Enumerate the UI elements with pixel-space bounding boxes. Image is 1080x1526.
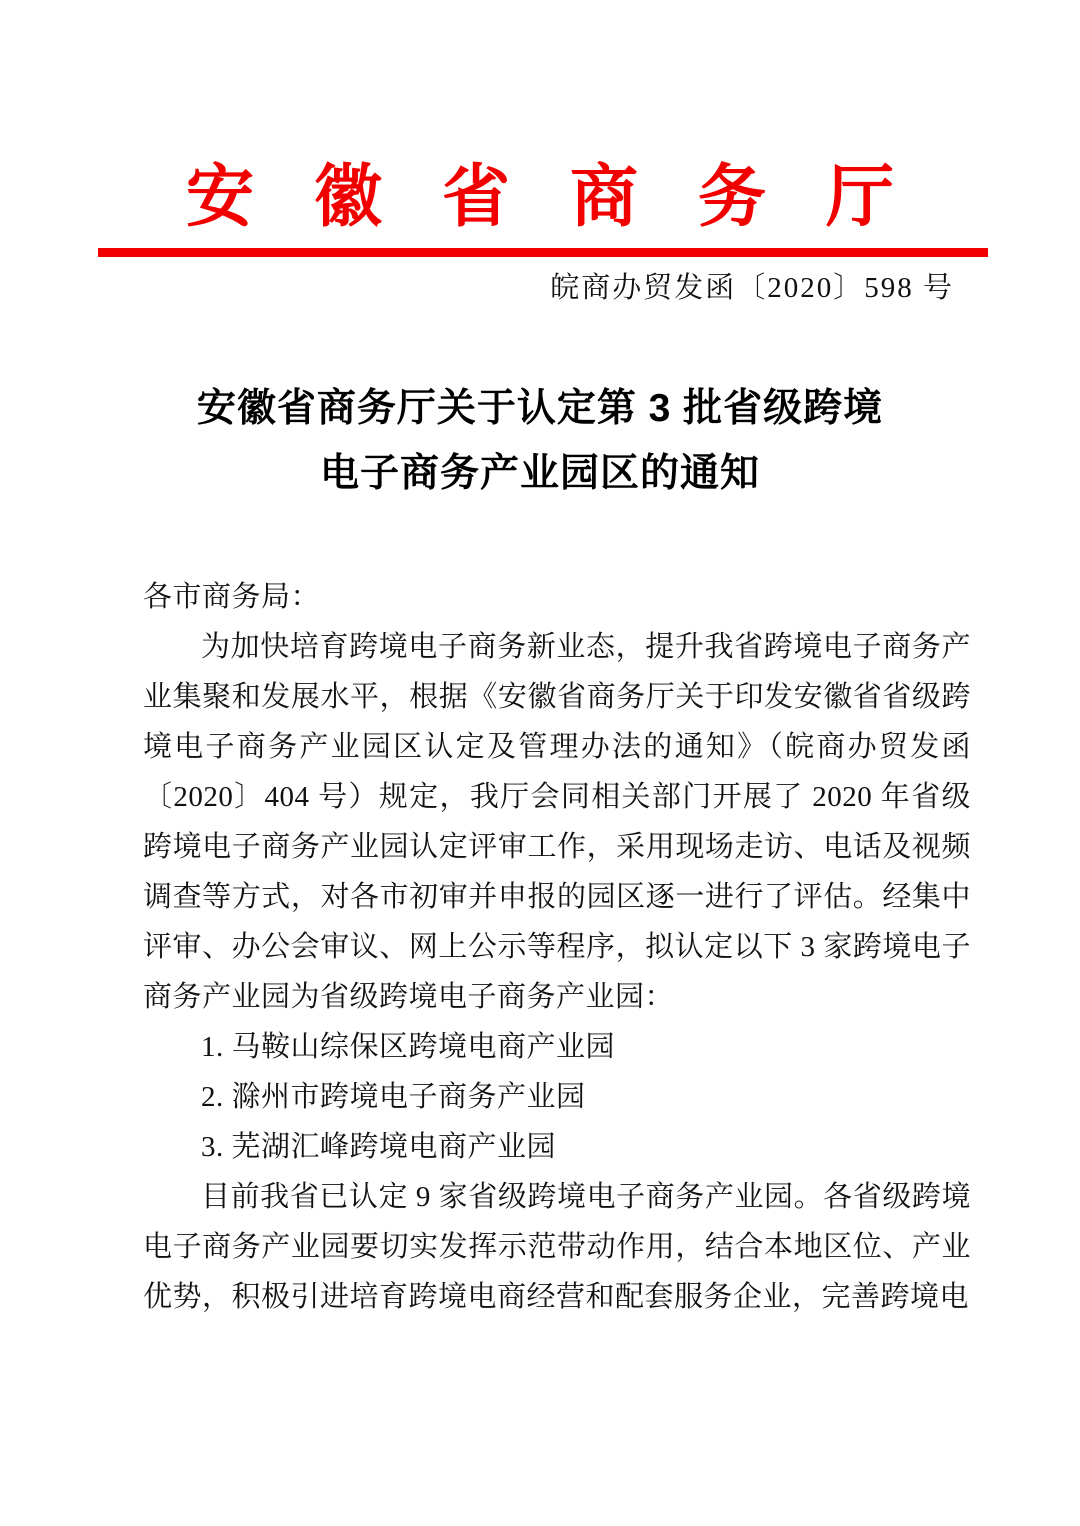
list-item-2: 2. 滁州市跨境电子商务产业园 bbox=[143, 1072, 971, 1122]
document-title-line-2: 电子商务产业园区的通知 bbox=[0, 441, 1080, 506]
salutation: 各市商务局： bbox=[143, 572, 971, 622]
body-paragraph-2: 目前我省已认定 9 家省级跨境电子商务产业园。各省级跨境电子商务产业园要切实发挥… bbox=[143, 1172, 971, 1322]
list-item-3: 3. 芜湖汇峰跨境电商产业园 bbox=[143, 1122, 971, 1172]
document-title-line-1: 安徽省商务厅关于认定第 3 批省级跨境 bbox=[0, 376, 1080, 441]
document-body: 各市商务局： 为加快培育跨境电子商务新业态，提升我省跨境电子商务产业集聚和发展水… bbox=[143, 572, 971, 1322]
official-notice-page: 安徽省商务厅 皖商办贸发函〔2020〕598 号 安徽省商务厅关于认定第 3 批… bbox=[0, 0, 1080, 1526]
letterhead-agency-name: 安徽省商务厅 bbox=[0, 152, 1080, 242]
letterhead-divider-rule bbox=[98, 248, 988, 257]
list-item-1: 1. 马鞍山综保区跨境电商产业园 bbox=[143, 1022, 971, 1072]
document-title: 安徽省商务厅关于认定第 3 批省级跨境 电子商务产业园区的通知 bbox=[0, 376, 1080, 506]
body-paragraph-1: 为加快培育跨境电子商务新业态，提升我省跨境电子商务产业集聚和发展水平，根据《安徽… bbox=[143, 622, 971, 1022]
document-reference-number: 皖商办贸发函〔2020〕598 号 bbox=[550, 270, 954, 306]
